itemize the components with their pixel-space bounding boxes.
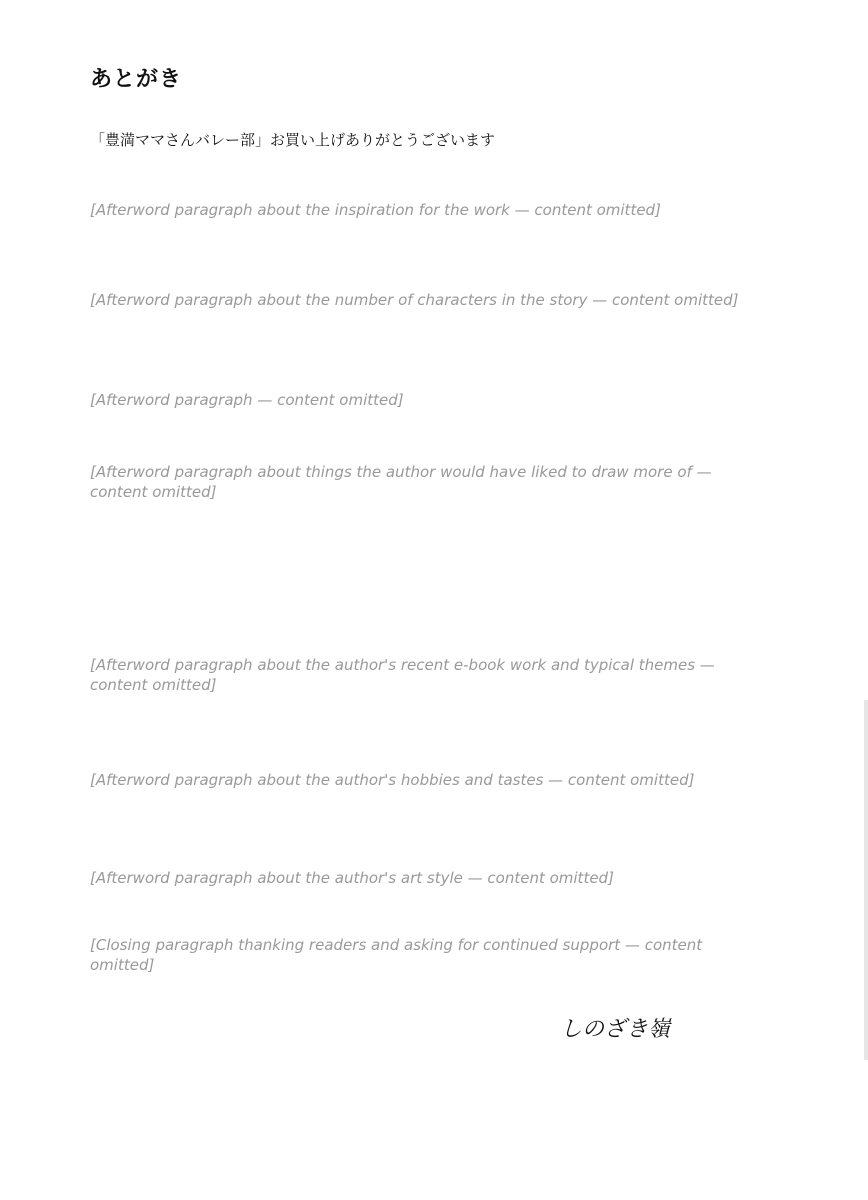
paragraph-7: [Afterword paragraph about the author's …: [90, 868, 770, 888]
paragraph-8: [Closing paragraph thanking readers and …: [90, 935, 770, 975]
paragraph-6: [Afterword paragraph about the author's …: [90, 770, 770, 790]
paragraph-4: [Afterword paragraph about things the au…: [90, 462, 770, 502]
author-signature: しのざき嶺: [560, 1012, 670, 1043]
thanks-line: 「豊満ママさんバレー部」お買い上げありがとうございます: [90, 130, 770, 150]
page-title: あとがき: [90, 62, 182, 93]
paragraph-3: [Afterword paragraph — content omitted]: [90, 390, 770, 410]
paragraph-1: [Afterword paragraph about the inspirati…: [90, 200, 770, 220]
paragraph-2: [Afterword paragraph about the number of…: [90, 290, 770, 310]
page-edge-shadow: [864, 700, 868, 1060]
paragraph-5: [Afterword paragraph about the author's …: [90, 655, 770, 695]
